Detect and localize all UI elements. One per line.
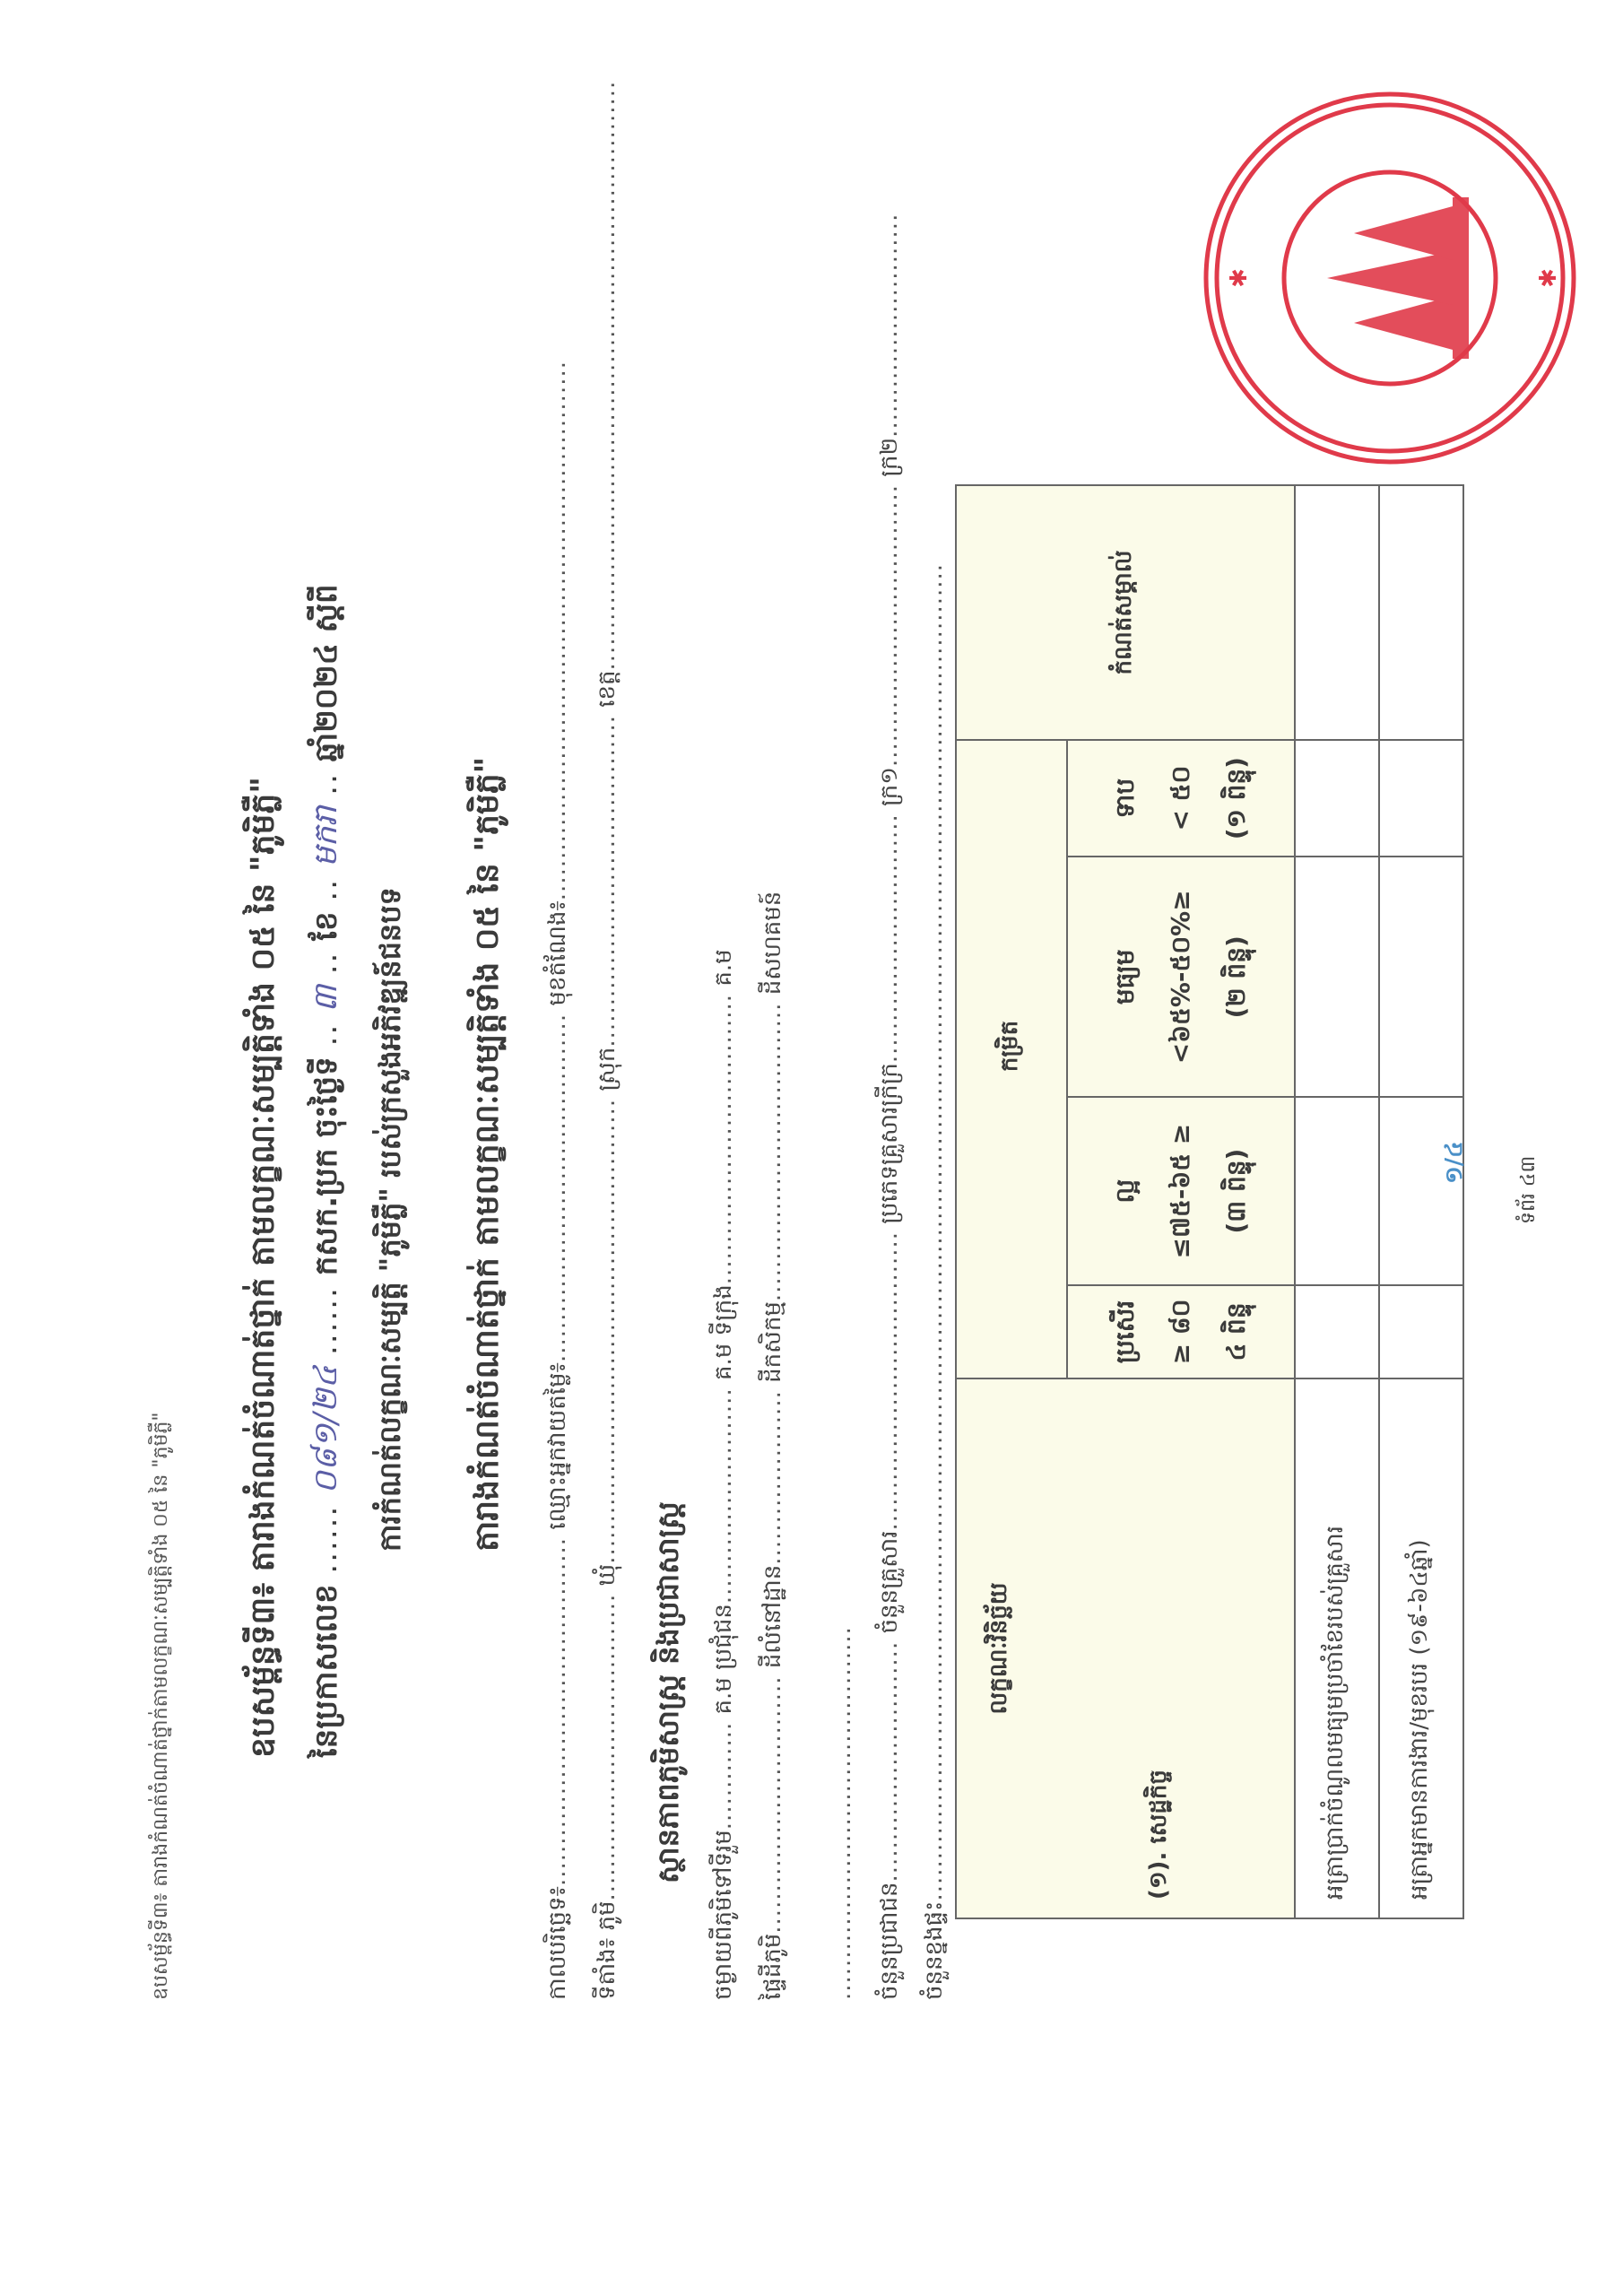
- level-range: ≥ ៨០: [1153, 1287, 1209, 1377]
- residential-land-label: ដីលំនៅដ្ឋាន: [759, 1565, 786, 1669]
- houses-label: ចំនួនខ្នងផ្ទះ: [921, 1901, 948, 2000]
- level-points: (២ ពិន្ទុ): [1209, 858, 1264, 1095]
- distance-label: ចម្ងាយពីភូមិទៅទីរួម: [710, 1830, 737, 2000]
- field-row-distance: ចម្ងាយពីភូមិទៅទីរួម............. គ.ម ប្រ…: [708, 949, 742, 2000]
- village-area-field[interactable]: ...............................: [759, 1676, 786, 1934]
- score-cell[interactable]: [1295, 857, 1379, 1097]
- commune-field[interactable]: ........................................…: [594, 1099, 621, 1564]
- population-label: ចំនួនប្រជាជន: [876, 1882, 903, 2000]
- field-row-houses: ចំនួនខ្នងផ្ទះ...........................…: [919, 563, 953, 2000]
- note-cell[interactable]: [1295, 485, 1379, 740]
- dotted-fill: ..: [308, 772, 344, 796]
- evaluator-label: ឈ្មោះអ្នកវាយតម្លៃ៖: [544, 1362, 571, 1530]
- page-footer: ទំព័រ ៤៣: [1515, 1156, 1544, 1224]
- score-cell[interactable]: [1379, 857, 1463, 1097]
- evaluation-table: លក្ខណៈវិនិច្ឆ័យ (១). សេដ្ឋកិច្ច កម្រិត ក…: [955, 484, 1464, 1919]
- table-row: អត្រាប្រាក់ចំណូលមធ្យមប្រចាំខែរបស់គ្រួសារ: [1295, 485, 1379, 1918]
- families-field[interactable]: ....................................: [876, 1231, 903, 1531]
- district-field[interactable]: ........................................: [594, 715, 621, 1048]
- position-label: មុខតំណែង៖: [544, 900, 571, 1005]
- level-low: ទាប < ៥០ (១ ពិន្ទុ): [1067, 740, 1295, 857]
- table-row: អត្រាអ្នកមានការងារ/មុខរបរ (១៩-៦៤ឆ្នាំ): [1379, 485, 1463, 1918]
- field-row-date: កាលបរិច្ឆេទ៖............................…: [542, 361, 577, 2000]
- town-center-field[interactable]: ..........................: [710, 1387, 737, 1604]
- field-row-population: ចំនួនប្រជាជន............................…: [874, 213, 908, 2000]
- town-center-label: ប្រជុំជន: [710, 1604, 737, 1670]
- month-label: ខែ: [308, 911, 344, 940]
- score-cell[interactable]: [1379, 740, 1463, 857]
- date-field[interactable]: ........................................…: [544, 1537, 571, 1886]
- date-label: កាលបរិច្ឆេទ៖: [544, 1886, 571, 2000]
- dotted-fill: ......: [308, 1286, 344, 1355]
- village-area-label: ផ្ទៃដីភូមិ: [759, 1934, 786, 2000]
- blank-field[interactable]: ........................................…: [829, 1626, 856, 2000]
- farmland-label: ដីកសិកម្ម: [759, 1301, 786, 1383]
- level-points: ៤ ពិន្ទុ: [1209, 1287, 1264, 1377]
- decree-suffix: ឆ្នាំ២០២៤ ស្តីពី: [308, 584, 344, 761]
- poor-level-2-field[interactable]: ...........................: [876, 213, 903, 438]
- level-medium: មធ្យម <៦៥%-៥០%≥ (២ ពិន្ទុ): [1067, 857, 1295, 1097]
- score-cell[interactable]: [1295, 1097, 1379, 1285]
- dotted-fill: ..: [308, 952, 344, 975]
- criteria-header: លក្ខណៈវិនិច្ឆ័យ (១). សេដ្ឋកិច្ច: [956, 1378, 1295, 1918]
- economy-section-label: (១). សេដ្ឋកិច្ច: [1143, 1397, 1177, 1900]
- score-cell[interactable]: [1295, 740, 1379, 857]
- evaluator-field[interactable]: ........................................…: [544, 1013, 571, 1362]
- decree-subject: ការកំណត់លក្ខណៈសម្បត្តិ "ភូមិភ្លឺ" របស់ក្…: [372, 887, 414, 1552]
- province-field[interactable]: ........................................…: [594, 81, 621, 671]
- residential-land-field[interactable]: .....................: [759, 1390, 786, 1565]
- level-range: <៦៥%-៥០%≥: [1153, 858, 1209, 1095]
- population-field[interactable]: .............................: [876, 1641, 903, 1883]
- families-label: ចំនួនគ្រួសារ: [876, 1530, 903, 1633]
- commune-label: ឃុំ: [594, 1564, 621, 1587]
- level-name: មធ្យម: [1098, 858, 1153, 1095]
- score-cell[interactable]: [1295, 1285, 1379, 1378]
- poor-level-2-label: ក្រ២: [876, 438, 903, 477]
- poor-level-1-field[interactable]: ..................................: [876, 484, 903, 767]
- official-seal-icon: ✱ ✱: [1193, 81, 1587, 475]
- dotted-fill: ..: [308, 1023, 344, 1047]
- village-label: ទីតាំង៖ ភូមិ: [594, 1901, 621, 2000]
- level-range: < ៥០: [1153, 742, 1209, 855]
- level-excellent: ប្រសើរ ≥ ៨០ ៤ ពិន្ទុ: [1067, 1285, 1295, 1378]
- district-label: ស្រុក: [594, 1048, 621, 1091]
- note-header: កំណត់សម្គាល់: [956, 485, 1295, 740]
- unit-km: គ.ម: [710, 1677, 737, 1714]
- field-row-blank: ........................................…: [829, 1626, 856, 2000]
- score-cell[interactable]: [1379, 1285, 1463, 1378]
- dotted-fill: ......: [308, 1505, 344, 1574]
- community-land-label: ដីសហគមន៍: [759, 891, 786, 996]
- criterion-cell: អត្រាអ្នកមានការងារ/មុខរបរ (១៩-៦៤ឆ្នាំ): [1379, 1378, 1463, 1918]
- village-field[interactable]: .....................................: [594, 1594, 621, 1901]
- level-name: ទាប: [1098, 742, 1153, 855]
- poor-level-1-label: ក្រ១: [876, 767, 903, 806]
- handwritten-month: មករា: [308, 806, 344, 868]
- poor-households-label: ប្រភេទគ្រួសារក្រីក្រ: [876, 1063, 903, 1224]
- level-name: ប្រសើរ: [1098, 1287, 1153, 1377]
- seal-text: ✱: [1226, 268, 1253, 288]
- criteria-header-label: លក្ខណៈវិនិច្ឆ័យ: [984, 1397, 1018, 1900]
- level-name: ល្អ: [1098, 1099, 1153, 1283]
- unit-km: គ.ម: [710, 1344, 737, 1380]
- section-heading-geography: ស្ថានភាពភូមិសាស្ត្រ និងប្រជាសាស្ត្រ: [650, 1501, 692, 1883]
- unit-km: គ.ម: [710, 949, 737, 986]
- note-cell[interactable]: [1379, 485, 1463, 740]
- seal-text: ✱: [1535, 268, 1562, 288]
- city-field[interactable]: ...................................: [710, 994, 737, 1284]
- decree-prefix: នៃប្រកាសលេខ: [308, 1584, 344, 1758]
- handwritten-decree-number: ០៨១/២៤: [308, 1366, 344, 1494]
- level-points: (៣ ពិន្ទុ): [1209, 1099, 1264, 1283]
- province-label: ខេត្ត: [594, 670, 621, 707]
- field-row-land: ផ្ទៃដីភូមិ..............................…: [758, 891, 792, 2000]
- level-points: (១ ពិន្ទុ): [1209, 742, 1264, 855]
- poor-households-field[interactable]: ..............................: [876, 813, 903, 1063]
- header-note: ឧបសម្ព័ន្ធទី៣៖ តារាងកំណត់ចំណាត់ថ្នាក់តាម…: [148, 1412, 177, 2000]
- city-label: ទីក្រុង: [710, 1284, 737, 1335]
- document-sheet: ឧបសម្ព័ន្ធទី៣៖ តារាងកំណត់ចំណាត់ថ្នាក់តាម…: [0, 0, 1623, 2296]
- dotted-fill: ..: [308, 878, 344, 901]
- rating-header: កម្រិត: [956, 740, 1067, 1378]
- table-title: តារាងកំណត់ចំណាត់ថ្នាក់ តាមលក្ខណៈសម្បត្តិ…: [466, 757, 514, 1552]
- level-good: ល្អ ≤៧៥-៦៥ ≥ (៣ ពិន្ទុ): [1067, 1097, 1295, 1285]
- decree-middle: កសក.ប្រក ចុះថ្ងៃទី: [308, 1057, 344, 1275]
- document-title: ឧបសម្ព័ន្ធទី៣៖ តារាងកំណត់ចំណាត់ថ្នាក់ តា…: [242, 777, 290, 1758]
- level-range: ≤៧៥-៦៥ ≥: [1153, 1099, 1209, 1283]
- distance-field[interactable]: .............: [710, 1722, 737, 1830]
- handwritten-day: ៣: [308, 985, 344, 1013]
- position-field[interactable]: ........................................…: [544, 361, 571, 900]
- houses-field[interactable]: ........................................…: [921, 563, 948, 1901]
- criterion-cell: អត្រាប្រាក់ចំណូលមធ្យមប្រចាំខែរបស់គ្រួសារ: [1295, 1378, 1379, 1918]
- score-cell[interactable]: [1379, 1097, 1463, 1285]
- farmland-field[interactable]: ....................................: [759, 1003, 786, 1302]
- page-number: ១/៤: [1439, 1141, 1473, 1184]
- decree-reference: នៃប្រកាសលេខ ...... ០៨១/២៤ ...... កសក.ប្រ…: [305, 584, 352, 1758]
- field-row-location: ទីតាំង៖ ភូមិ............................…: [592, 81, 626, 2000]
